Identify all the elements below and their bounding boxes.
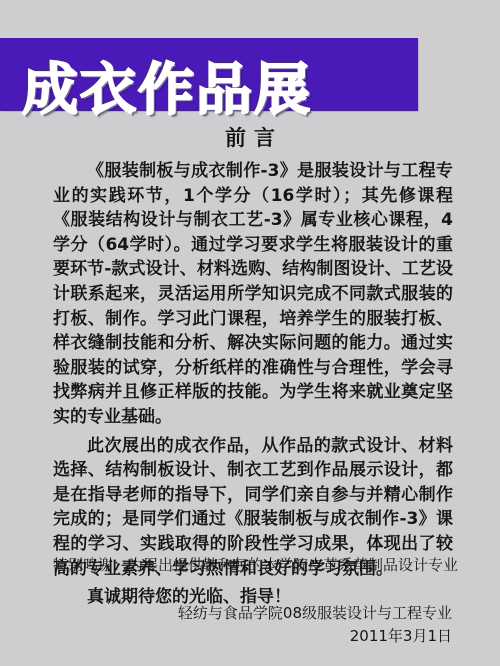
paragraph-course-intro: 《服装制板与成衣制作-3》是服装设计与工程专业的实践环节，1个学分（16学时）；… [53,159,453,430]
date: 2011年3月1日 [350,624,452,648]
preface-body: 《服装制板与成衣制作-3》是服装设计与工程专业的实践环节，1个学分（16学时）；… [53,159,453,610]
preface-heading: 前言 [0,123,500,153]
exhibition-title: 成衣作品展 [22,56,312,126]
signature: 轻纺与食品学院08级服装设计与工程专业 [178,601,452,625]
acknowledgement: 特别鸣谢：为展出提供鞋和包的本学院皮革系革制品设计专业 [53,553,473,577]
title-banner: 成衣作品展 [0,38,418,111]
